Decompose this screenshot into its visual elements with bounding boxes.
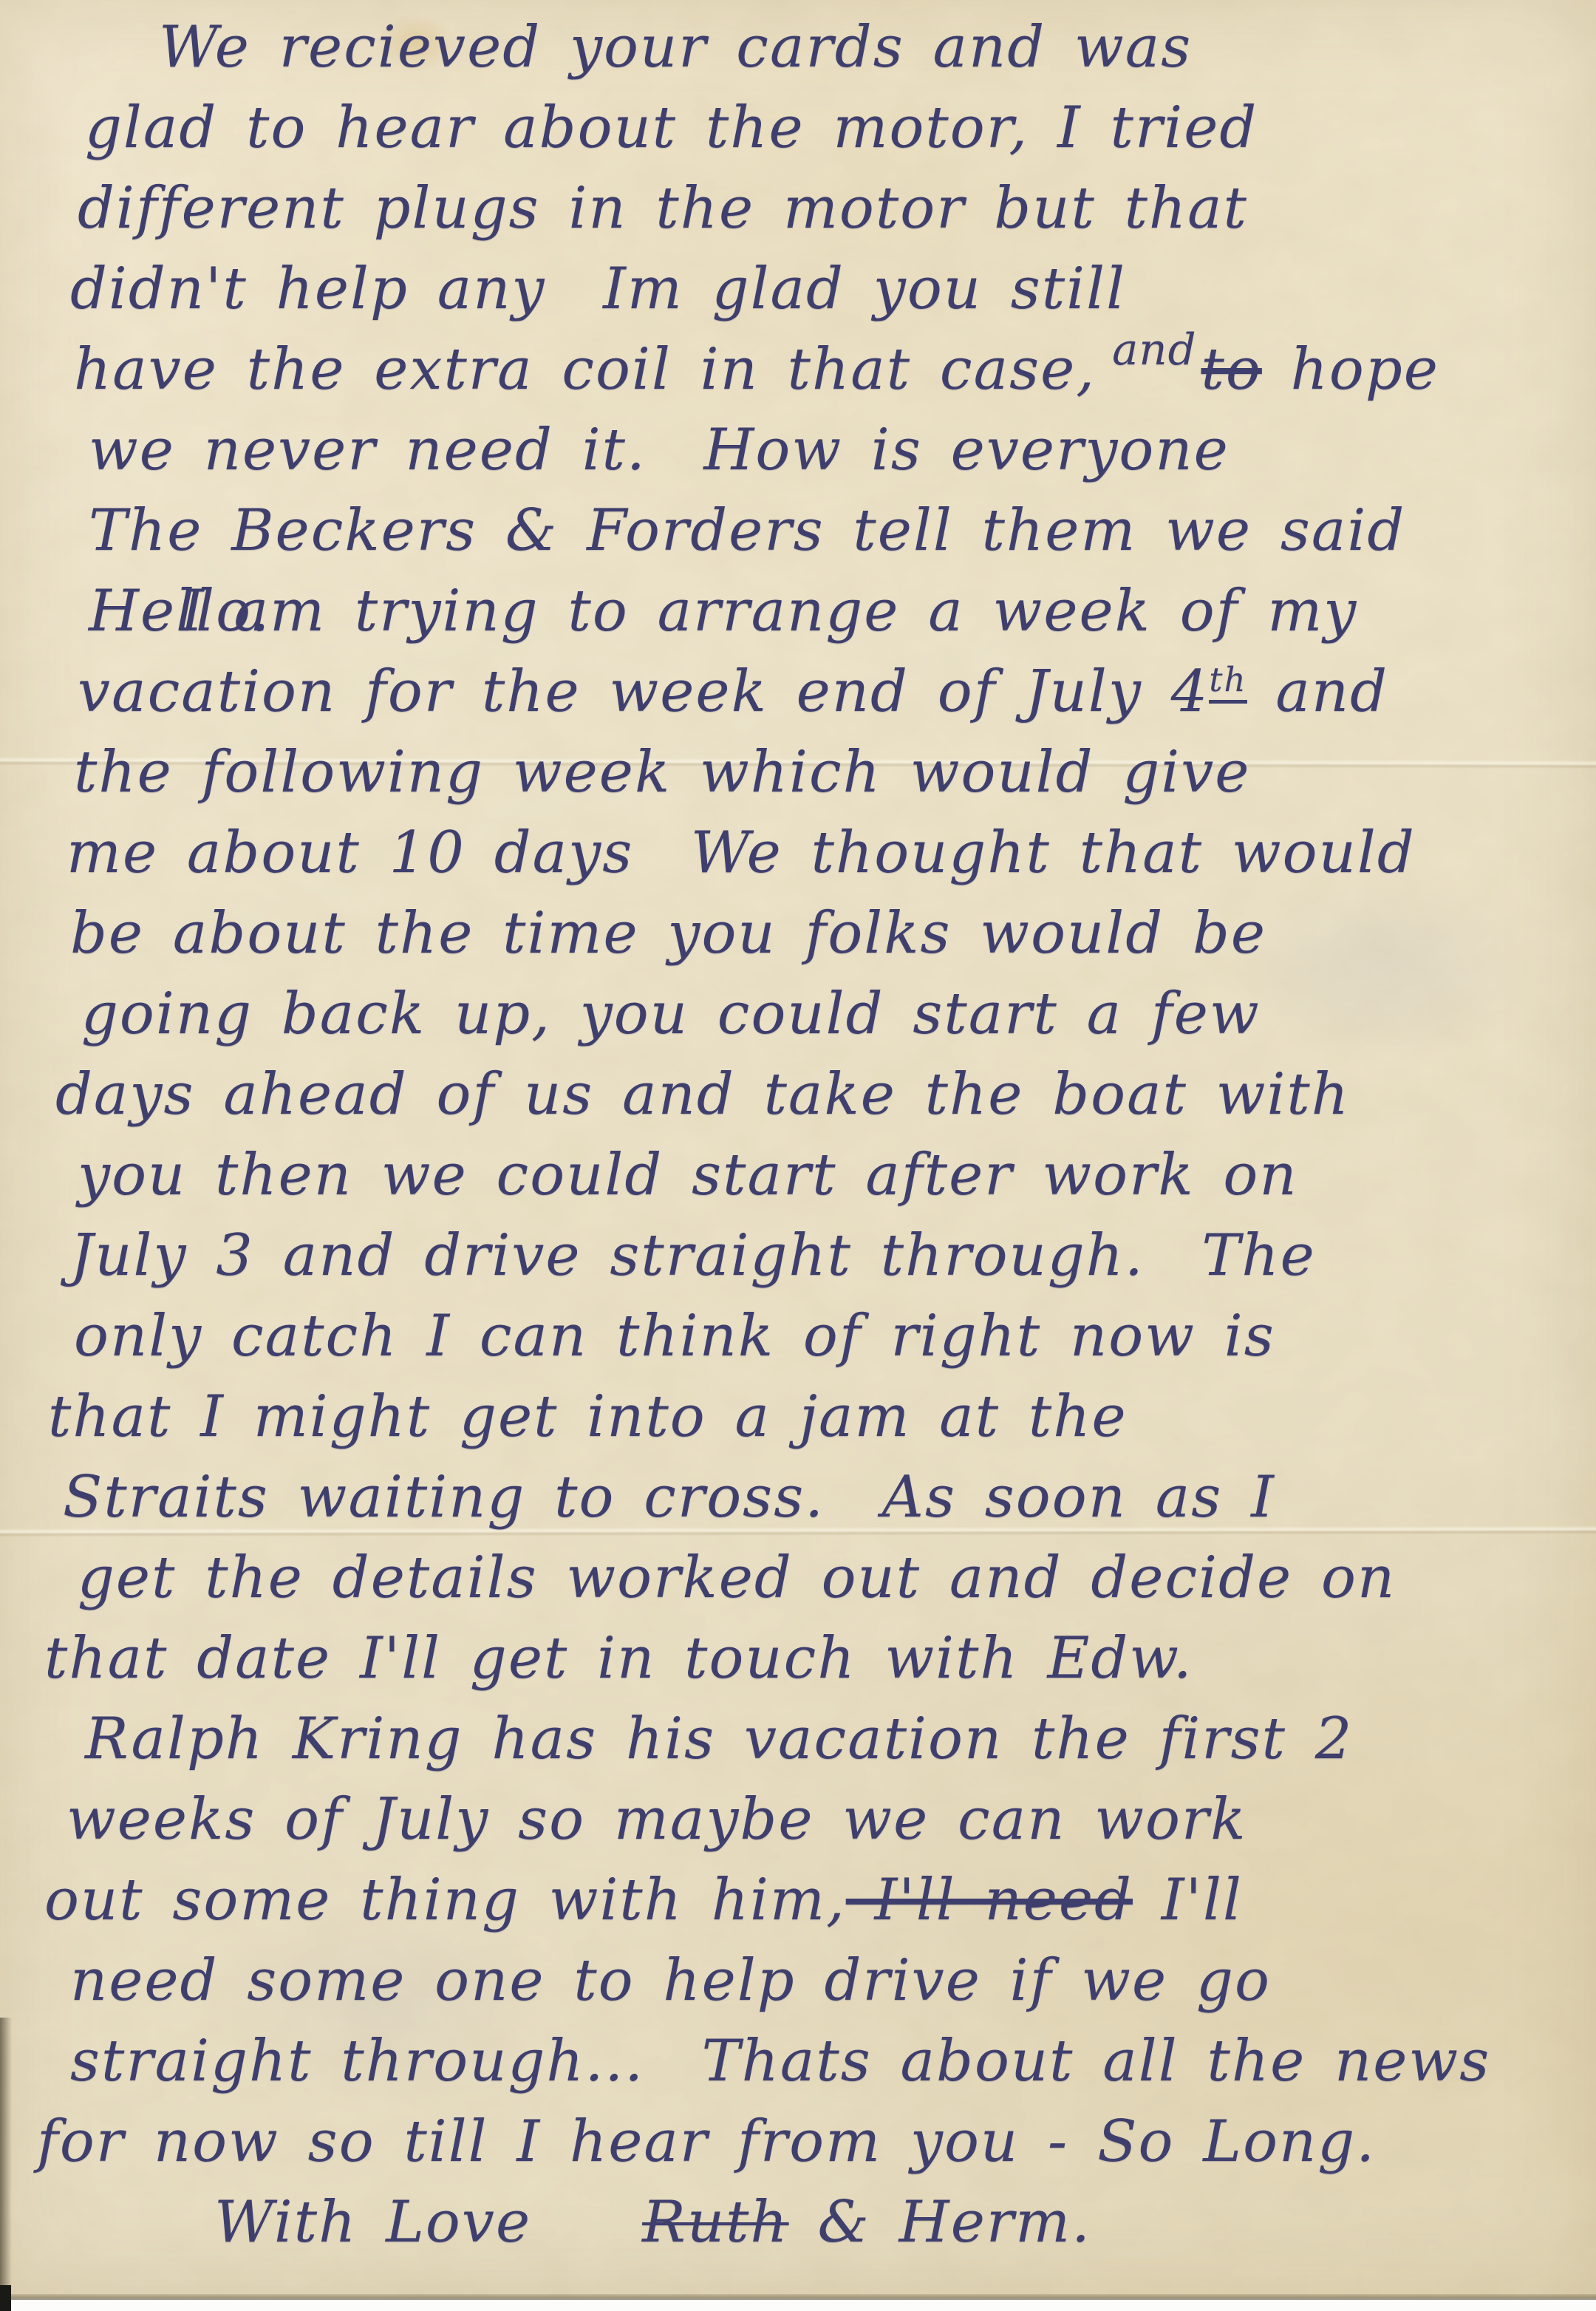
line-text: that date I'll get in touch with Edw.	[44, 1625, 1193, 1692]
paper-bottom-edge	[0, 2294, 1596, 2300]
line-text: that I might get into a jam at the	[48, 1383, 1128, 1450]
line-text: be about the time you folks would be	[70, 900, 1266, 967]
letter-page: We recieved your cards and was glad to h…	[0, 0, 1596, 2298]
crossed-out-word: to	[1201, 336, 1262, 403]
letter-line: vacation for the week end of July 4th an…	[78, 652, 1596, 732]
line-text: only catch I can think of right now is	[74, 1303, 1275, 1369]
letter-line: we never need it. How is everyone	[89, 410, 1596, 491]
line-text: you then we could start after work on	[78, 1142, 1298, 1208]
line-text: going back up, you could start a few	[81, 981, 1261, 1047]
letter-line: straight through... Thats about all the …	[70, 2021, 1596, 2102]
line-text: glad to hear about the motor, I tried	[85, 95, 1258, 161]
line-text: Ralph Kring has his vacation the first 2	[85, 1706, 1353, 1772]
letter-line: weeks of July so maybe we can work	[66, 1780, 1596, 1860]
letter-line: days ahead of us and take the boat with	[55, 1055, 1596, 1135]
line-text: weeks of July so maybe we can work	[66, 1786, 1247, 1853]
line-text: different plugs in the motor but that	[78, 175, 1248, 242]
closing-phrase: With Love	[214, 2189, 531, 2256]
letter-line: that date I'll get in touch with Edw.	[44, 1619, 1596, 1699]
line-text: days ahead of us and take the boat with	[55, 1061, 1350, 1128]
letter-line: different plugs in the motor but that	[78, 169, 1596, 249]
letter-line: you then we could start after work on	[78, 1135, 1596, 1216]
crossed-out-phrase: I'll need	[846, 1867, 1133, 1933]
signature-name-ruth: Ruth	[642, 2189, 789, 2256]
line-text: out some thing with him,	[44, 1867, 846, 1933]
letter-line: July 3 and drive straight through. The	[70, 1216, 1596, 1296]
line-text: vacation for the week end of July 4	[78, 658, 1209, 725]
letter-body: We recieved your cards and was glad to h…	[0, 7, 1596, 2263]
line-text: get the details worked out and decide on	[78, 1545, 1396, 1611]
signature-line: With LoveRuth & Herm.	[214, 2182, 1596, 2263]
scan-corner-artifact	[0, 2285, 11, 2311]
ordinal-suffix: th	[1209, 660, 1247, 704]
letter-line: that I might get into a jam at the	[48, 1377, 1596, 1457]
letter-line: get the details worked out and decide on	[78, 1538, 1596, 1619]
line-text: and	[1247, 658, 1388, 725]
letter-line: only catch I can think of right now is	[74, 1296, 1596, 1377]
letter-line: be about the time you folks would be	[70, 894, 1596, 974]
line-text: straight through... Thats about all the …	[70, 2028, 1490, 2094]
line-text: I am trying to arrange a week of my	[181, 578, 1357, 644]
letter-line: Straits waiting to cross. As soon as I	[63, 1457, 1596, 1538]
line-text: we never need it. How is everyone	[89, 417, 1230, 483]
letter-line: I am trying to arrange a week of my	[181, 571, 1596, 652]
letter-line: me about 10 days We thought that would	[66, 813, 1596, 894]
line-text: the following week which would give	[74, 739, 1250, 806]
line-text: We recieved your cards and was	[159, 14, 1192, 81]
letter-line: Ralph Kring has his vacation the first 2	[85, 1699, 1596, 1780]
line-text: for now so till I hear from you - So Lon…	[37, 2109, 1376, 2175]
letter-line: The Beckers & Forders tell them we said …	[89, 491, 1596, 571]
line-text: hope	[1262, 336, 1439, 403]
line-text: have the extra coil in that case,	[74, 336, 1096, 403]
letter-line: have the extra coil in that case,andto h…	[74, 330, 1596, 410]
letter-line: for now so till I hear from you - So Lon…	[37, 2102, 1596, 2182]
letter-scan: We recieved your cards and was glad to h…	[0, 0, 1596, 2311]
letter-line: out some thing with him, I'll need I'll	[44, 1860, 1596, 1941]
line-text: need some one to help drive if we go	[70, 1947, 1271, 2014]
letter-line: glad to hear about the motor, I tried	[85, 88, 1596, 169]
line-text: didn't help any Im glad you still	[70, 256, 1126, 322]
signature-name-herm: & Herm.	[789, 2189, 1091, 2256]
letter-line: going back up, you could start a few	[81, 974, 1596, 1055]
line-text: July 3 and drive straight through. The	[70, 1222, 1316, 1289]
line-text: I'll	[1133, 1867, 1243, 1933]
line-text: me about 10 days We thought that would	[66, 820, 1416, 886]
letter-line: We recieved your cards and was	[159, 7, 1596, 88]
line-text: Straits waiting to cross. As soon as I	[63, 1464, 1275, 1531]
scanner-background	[0, 2300, 1596, 2311]
letter-line: the following week which would give	[74, 732, 1596, 813]
letter-line: didn't help any Im glad you still	[70, 249, 1596, 330]
letter-line: need some one to help drive if we go	[70, 1941, 1596, 2021]
